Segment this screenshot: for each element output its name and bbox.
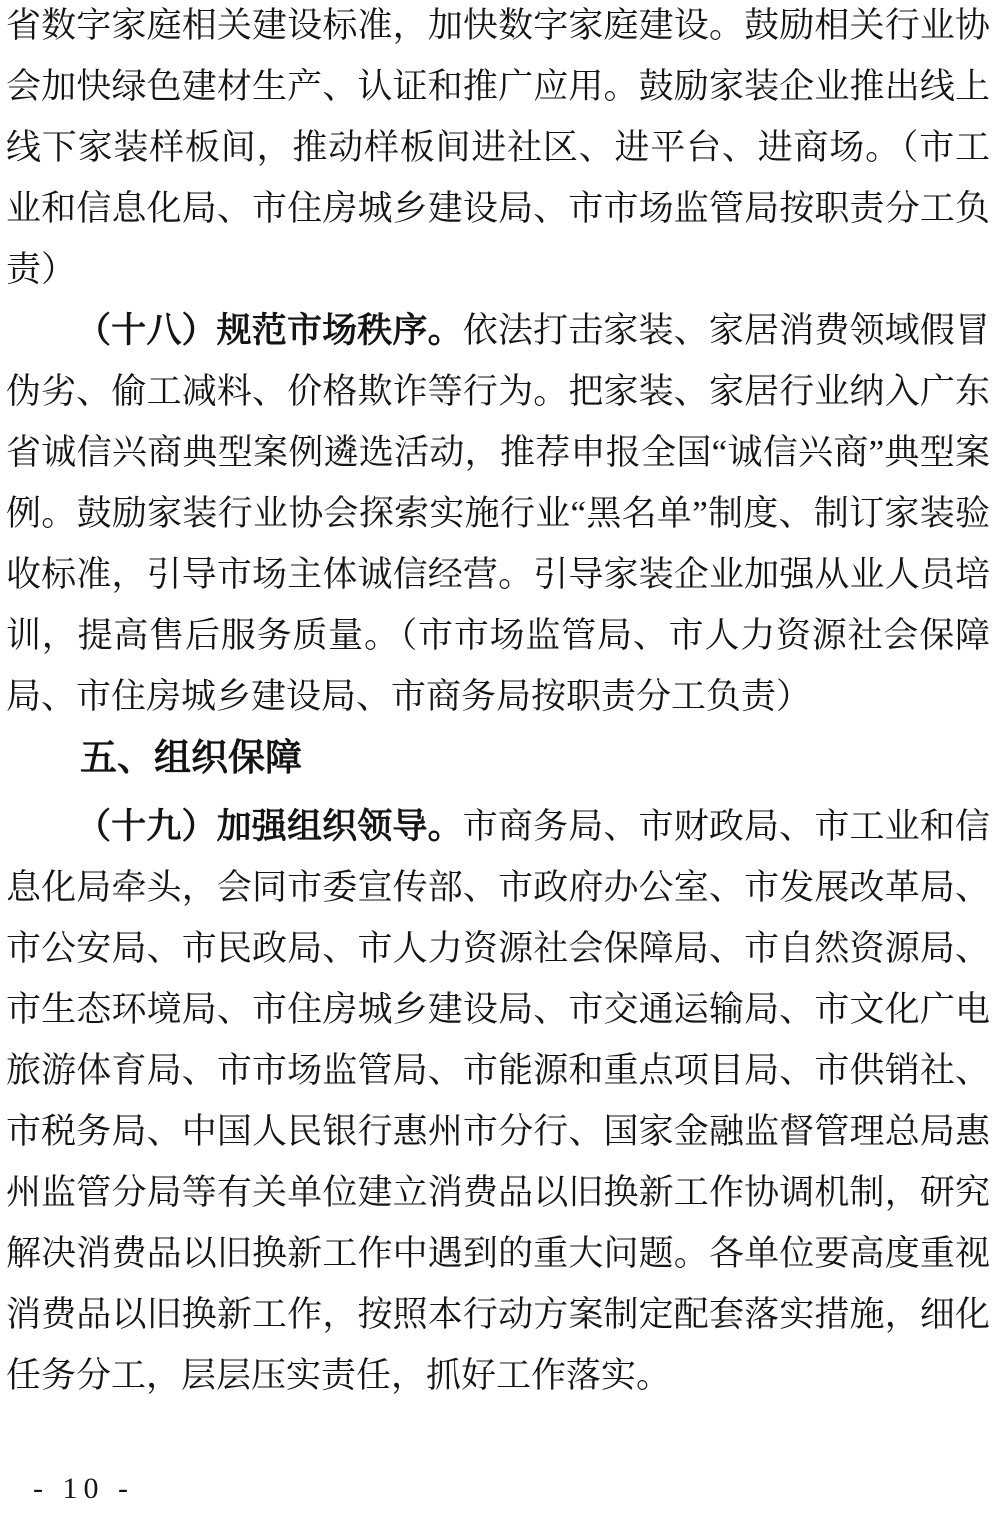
document-content: 省数字家庭相关建设标准，加快数字家庭建设。鼓励相关行业协会加快绿色建材生产、认证… — [0, 0, 1000, 1406]
item-19-heading: （十九）加强组织领导。 — [76, 807, 463, 846]
item-18-paragraph: （十八）规范市场秩序。依法打击家装、家居消费领域假冒伪劣、偷工减料、价格欺诈等行… — [6, 300, 990, 727]
item-19-paragraph: （十九）加强组织领导。市商务局、市财政局、市工业和信息化局牵头，会同市委宣传部、… — [6, 796, 990, 1406]
item-19-body: 市商务局、市财政局、市工业和信息化局牵头，会同市委宣传部、市政府办公室、市发展改… — [6, 807, 990, 1395]
continuation-paragraph: 省数字家庭相关建设标准，加快数字家庭建设。鼓励相关行业协会加快绿色建材生产、认证… — [6, 0, 990, 300]
page-number: - 10 - — [33, 1472, 134, 1506]
item-18-heading: （十八）规范市场秩序。 — [76, 311, 463, 350]
item-18-body: 依法打击家装、家居消费领域假冒伪劣、偷工减料、价格欺诈等行为。把家装、家居行业纳… — [6, 311, 990, 716]
section-5-heading: 五、组织保障 — [6, 727, 990, 788]
document-page: 省数字家庭相关建设标准，加快数字家庭建设。鼓励相关行业协会加快绿色建材生产、认证… — [0, 0, 1000, 1518]
